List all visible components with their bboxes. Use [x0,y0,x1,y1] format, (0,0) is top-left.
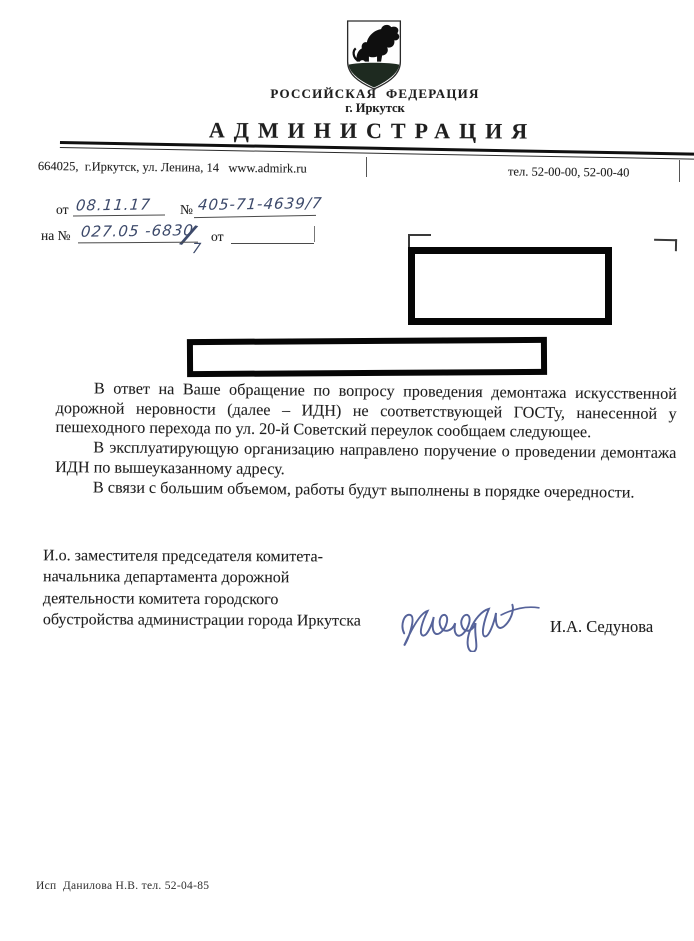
redaction-box-recipient [408,247,612,325]
handwritten-signature [396,582,544,652]
ref-from-label: от [56,202,68,218]
city-heading: г. Иркутск [55,101,694,116]
ref-date-handwritten: 08.11.17 [75,195,152,214]
ref-date-underline [73,215,165,217]
org-address: 664025, г.Иркутск, ул. Ленина, 14 www.ad… [38,159,307,177]
ref-reply-underline [78,242,198,244]
executor-note: Исп Данилова Н.В. тел. 52-04-85 [36,880,209,892]
signer-title-line: обустройства администрации города Иркутс… [43,609,413,632]
ref-number-underline [194,215,316,218]
redaction-box-addressee [187,337,547,377]
paragraph-1: В ответ на Ваше обращение по вопросу про… [55,379,677,444]
irkutsk-coat-of-arms-icon [343,19,405,92]
letter-body: В ответ на Ваше обращение по вопросу про… [55,379,677,503]
address-separator-tick [366,157,367,177]
phone-separator-tick [679,160,680,182]
scanned-letter-page: РОССИЙСКАЯ ФЕДЕРАЦИЯ г. Иркутск АДМИНИСТ… [0,0,694,941]
paragraph-2: В эксплуатирующую организацию направлено… [55,438,676,483]
signer-name: И.А. Седунова [550,617,653,637]
ref-separator-tick [314,226,315,242]
administration-title: АДМИНИСТРАЦИЯ [60,117,685,145]
signer-title-line: деятельности комитета городского [43,588,413,611]
org-phone: тел. 52-00-00, 52-00-40 [508,164,630,180]
ref-reply-from-label: от [211,229,223,245]
signer-title-line: начальника департамента дорожной [43,566,413,589]
ref-reply-date-underline [231,243,314,244]
ref-reply-handwritten: 027.05 -6830 [80,221,195,241]
ref-number-handwritten: 405-71-4639/7 [197,194,323,214]
country-heading: РОССИЙСКАЯ ФЕДЕРАЦИЯ [55,86,694,102]
signer-title-line: И.о. заместителя председателя комитета- [43,545,413,568]
signer-title: И.о. заместителя председателя комитета- … [43,545,413,632]
ref-number-label: № [180,202,193,218]
ref-reply-label: на № [41,228,70,244]
recipient-corner-mark-right [654,239,677,251]
recipient-corner-mark-left [408,234,431,247]
ref-reply-denominator: 7 [191,241,202,257]
